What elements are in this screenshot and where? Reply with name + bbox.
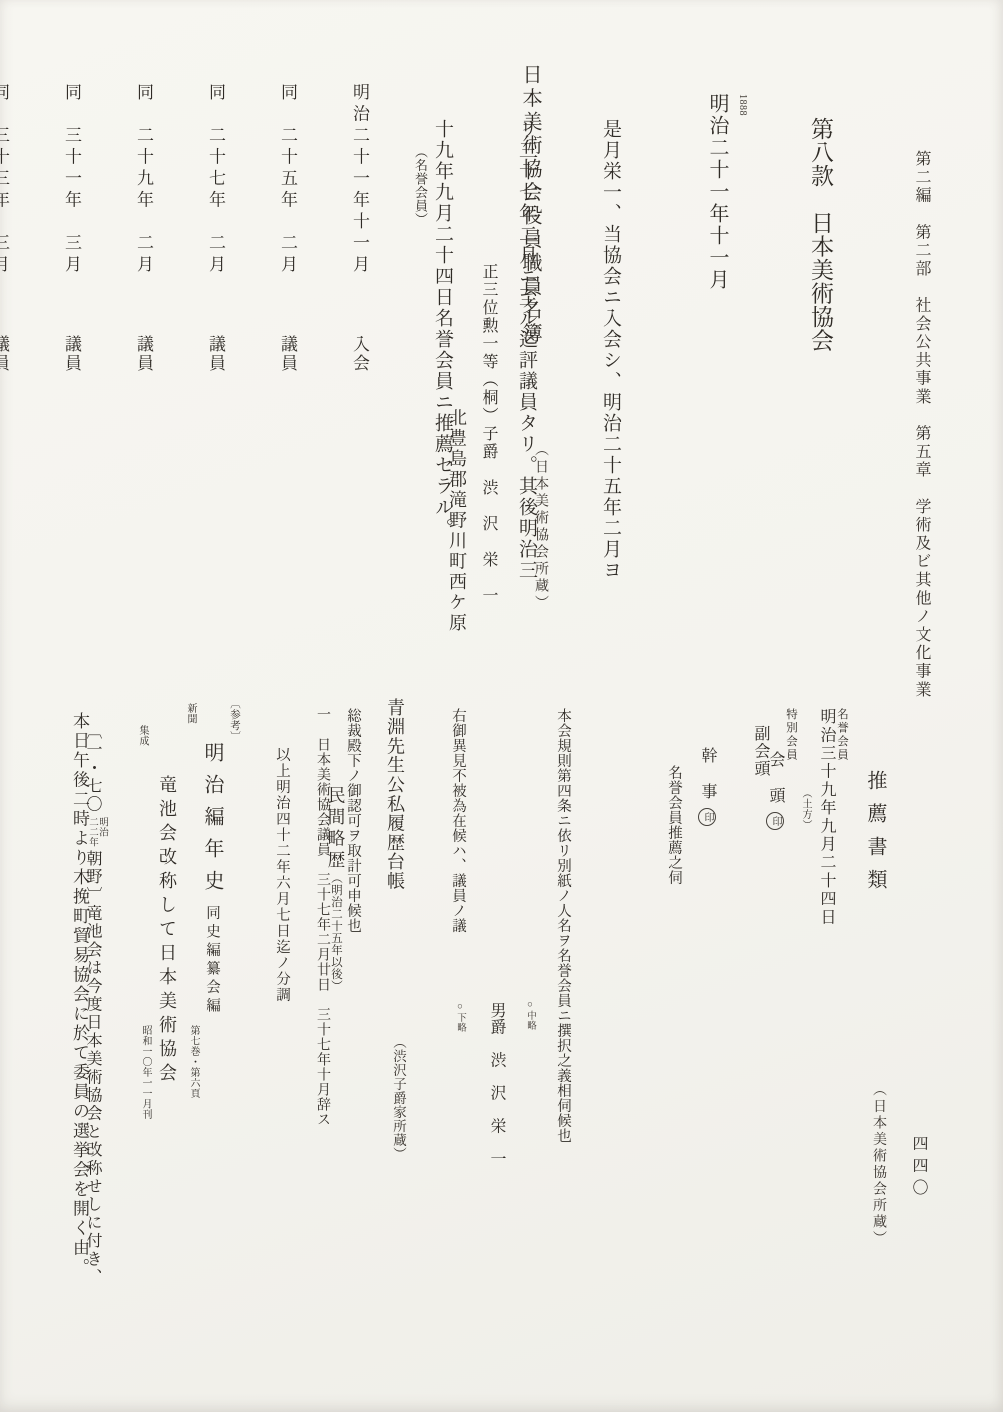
section-title: 第八款 日本美術協会 xyxy=(804,117,837,352)
membership-list: 明治二十一年十一月入会 同 二十五年 二月議員 同 二十七年 二月議員 同 二十… xyxy=(0,83,405,373)
recommendation-subject: 名誉会員推薦之伺 xyxy=(664,765,685,885)
membership-entry: 同 二十七年 二月議員 xyxy=(206,83,225,373)
reference-body-line2: 本日午後二時より木挽町貿易協会に於て委員の選挙会を開く由。 xyxy=(67,712,92,1278)
entry-year: 同 三十一年 三月 xyxy=(62,83,81,277)
chronicle-line: 是月栄一、当協会ニ入会シ、明治二十五年二月ヨ xyxy=(596,119,624,581)
recommendation-source: （日本美術協会所蔵） xyxy=(868,1082,888,1247)
date-heading: 明治二十一年十一月 xyxy=(703,93,732,291)
career-source: （渋沢子爵家所蔵） xyxy=(388,1035,408,1161)
western-year: 1888 xyxy=(737,94,748,116)
recommendation-body-line: 右御異見不被為在候ハ、議員ノ議 xyxy=(440,708,475,1143)
officer-annotation: （土方） xyxy=(798,788,813,830)
roster-category: （名誉会員） xyxy=(411,145,430,226)
volume-note-line: 昭和一〇年一一月刊 xyxy=(139,1025,151,1120)
omission-note-top: ○中略 xyxy=(523,1000,537,1031)
citation-date-line: 明治 xyxy=(97,817,107,847)
roster-address: 北豊島郡滝野川町西ケ原 xyxy=(444,408,470,634)
membership-entry: 同 二十九年 二月議員 xyxy=(134,83,153,373)
career-closing-line: 以上明治四十二年六月七日迄ノ分調 xyxy=(272,747,293,1003)
recommendation-title: 推薦書類 xyxy=(861,770,890,902)
reference-title: 明治編年史 xyxy=(198,742,227,902)
series-prefix-line: 新聞 xyxy=(184,703,196,746)
page-number: 四四〇 xyxy=(907,1135,930,1201)
book-page: 第二編 第二部 社会公共事業 第五章 学術及ビ其他ノ文化事業 四四〇 第八款 日… xyxy=(0,0,1003,1412)
membership-entry: 同 三十一年 三月議員 xyxy=(62,83,81,373)
reference-headline: 竜池会改称して日本美術協会 xyxy=(154,775,180,1087)
career-title: 青淵先生公私履歴台帳 xyxy=(382,698,408,891)
entry-role: 議員 xyxy=(62,335,81,373)
recommendation-body-line: 本会規則第四条ニ依リ別紙ノ人名ヲ名誉会員ニ撰択之義相伺候也 xyxy=(545,708,580,1143)
membership-entry: 同 二十五年 二月議員 xyxy=(278,83,297,373)
officer-title: 幹 事 xyxy=(699,747,716,801)
entry-year: 同 二十七年 二月 xyxy=(206,83,225,277)
omission-note-bottom: ○下略 xyxy=(453,1002,467,1033)
entry-role: 議員 xyxy=(0,335,9,373)
membership-entry: 明治二十一年十一月入会 xyxy=(350,83,369,373)
recommendation-date: 明治三十九年九月二十四日 xyxy=(815,708,838,926)
career-entry-line: 一 日本美術協会議員 三十七年二月廿日 三十七年十月辞ス xyxy=(312,707,332,1127)
entry-role: 議員 xyxy=(278,335,297,373)
officer-line-secretary: 幹 事印 xyxy=(678,723,737,826)
volume-note-line: 第七巻・第六頁 xyxy=(187,1025,199,1120)
seal-icon: 印 xyxy=(698,808,716,826)
series-prefix-line: 集成 xyxy=(136,703,148,746)
running-header: 第二編 第二部 社会公共事業 第五章 学術及ビ其他ノ文化事業 xyxy=(910,150,933,699)
entry-year: 明治二十一年十一月 xyxy=(350,83,369,277)
entry-year: 同 三十三年 三月 xyxy=(0,83,9,277)
reference-editor: 同史編纂会編 xyxy=(202,905,223,1016)
seal-icon: 印 xyxy=(766,812,784,830)
signature-line: 男爵 渋 沢 栄 一 xyxy=(485,1002,508,1167)
entry-role: 議員 xyxy=(206,335,225,373)
officer-line-vice-president: 副会頭 xyxy=(749,725,772,778)
membership-entry: 同 三十三年 三月議員 xyxy=(0,83,9,373)
entry-role: 議員 xyxy=(134,335,153,373)
entry-year: 同 二十五年 二月 xyxy=(278,83,297,277)
entry-role: 入会 xyxy=(350,335,369,373)
roster-person-line: 正三位勲一等（桐）子爵 渋 沢 栄 一 xyxy=(477,263,500,605)
roster-title: 日本美術協会役員職員名簿 xyxy=(516,64,545,346)
entry-year: 同 二十九年 二月 xyxy=(134,83,153,277)
roster-source: （日本美術協会所蔵） xyxy=(530,442,550,612)
